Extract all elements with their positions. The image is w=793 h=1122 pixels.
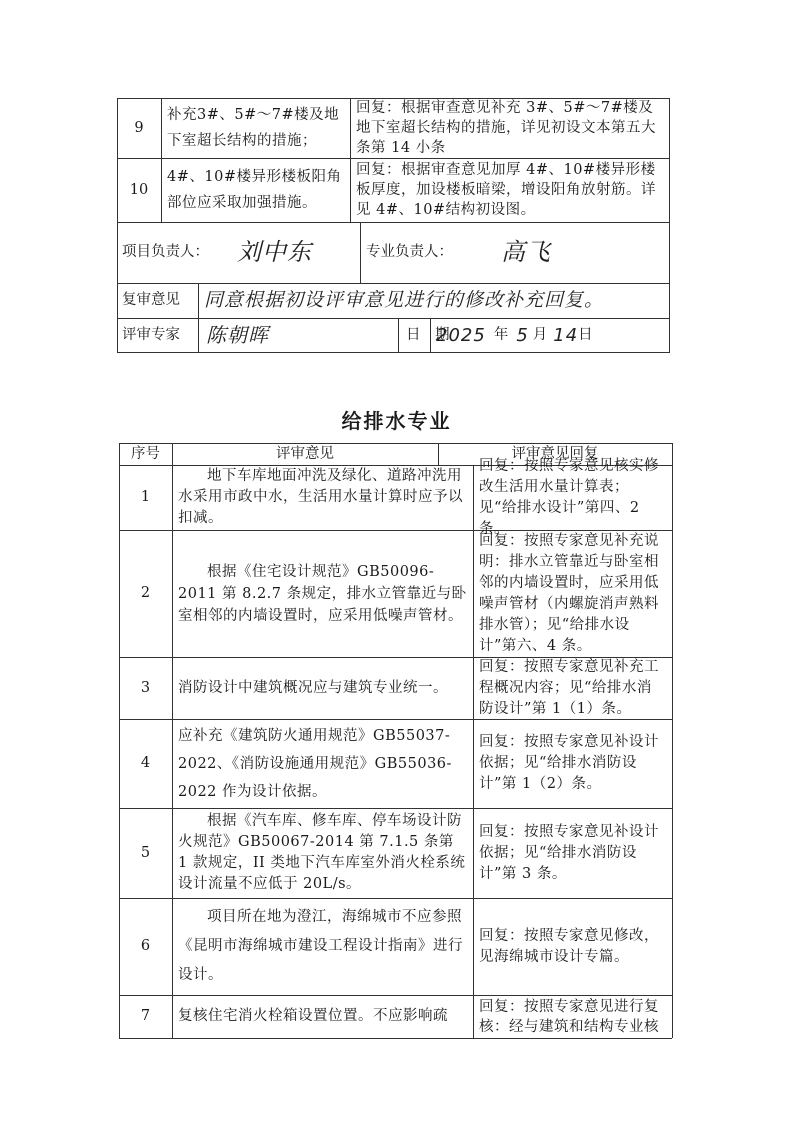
opinion-text: 项目所在地为澄江，海绵城市不应参照《昆明市海绵城市建设工程设计指南》进行设计。 [178,903,467,990]
expert-signature: 陈朝晖 [206,318,396,352]
date-label-text: 日 期 [406,318,466,352]
row-number: 2 [119,530,172,657]
review-opinion: 4#、10#楼异形楼板阳角部位应采取加强措施。 [161,158,350,222]
review-opinion: 复核住宅消火栓箱设置位置。不应影响疏 [172,995,473,1038]
discipline-lead-signature: 高飞 [501,242,551,263]
review-reply: 回复：按照专家意见修改，见海绵城市设计专篇。 [473,898,672,995]
section-title: 给排水专业 [0,404,793,434]
opinion-text: 根据《汽车库、修车库、停车场设计防火规范》GB50067-2014 第 7.1.… [178,811,467,895]
review-opinion: 补充3#、5#～7#楼及地下室超长结构的措施； [161,98,350,158]
review-opinion: 地下车库地面冲洗及绿化、道路冲洗用水采用市政中水，生活用水量计算时应予以扣减。 [172,465,473,530]
row-number: 3 [119,657,172,719]
review-reply: 回复：按照专家意见核实修改生活用水量计算表；见“给排水设计”第四、2 条。 [473,465,672,530]
row-number: 7 [119,995,172,1038]
re-review-label: 复审意见 [122,283,198,318]
header-opinion: 评审意见 [172,443,438,465]
review-reply: 回复：按照专家意见补设计依据；见“给排水消防设计”第 3 条。 [473,808,672,898]
review-opinion: 项目所在地为澄江，海绵城市不应参照《昆明市海绵城市建设工程设计指南》进行设计。 [172,898,473,995]
date-month: 5 [516,325,528,346]
row-number: 5 [119,808,172,898]
discipline-lead-field: 专业负责人： 高飞 [366,222,666,283]
opinion-text: 根据《住宅设计规范》GB50096-2011 第 8.2.7 条规定，排水立管靠… [178,561,467,627]
review-reply: 回复：按照专家意见补设计依据；见“给排水消防设计”第 1（2）条。 [473,719,672,808]
review-opinion: 应补充《建筑防火通用规范》GB55037-2022、《消防设施通用规范》GB55… [172,719,473,808]
discipline-lead-label: 专业负责人： [366,242,453,263]
review-reply: 回复：根据审查意见补充 3#、5#～7#楼及地下室超长结构的措施，详见初设文本第… [350,98,669,158]
date-day: 14 [553,325,578,346]
expert-label: 评审专家 [122,318,198,352]
review-reply: 回复：按照专家意见补充工程概况内容；见“给排水消防设计”第 1（1）条。 [473,657,672,719]
date-year-unit: 年 [494,325,509,346]
opinion-text: 地下车库地面冲洗及绿化、道路冲洗用水采用市政中水，生活用水量计算时应予以扣减。 [178,466,467,529]
project-lead-field: 项目负责人： 刘中东 [122,222,360,283]
review-reply: 回复：按照专家意见补充说明：排水立管靠近与卧室相邻的内墙设置时，应采用低噪声管材… [473,530,672,657]
project-lead-label: 项目负责人： [122,242,209,263]
review-opinion: 根据《住宅设计规范》GB50096-2011 第 8.2.7 条规定，排水立管靠… [172,530,473,657]
re-review-text: 同意根据初设评审意见进行的修改补充回复。 [204,283,666,318]
row-number: 6 [119,898,172,995]
project-lead-signature: 刘中东 [237,242,312,263]
date-day-unit: 日 [578,325,593,346]
date-month-unit: 月 [533,325,548,346]
header-number: 序号 [119,443,172,465]
date-value: 2025 年 5 月 14 日 [436,318,666,352]
review-opinion: 根据《汽车库、修车库、停车场设计防火规范》GB50067-2014 第 7.1.… [172,808,473,898]
review-opinion: 消防设计中建筑概况应与建筑专业统一。 [172,657,473,719]
row-number: 4 [119,719,172,808]
review-reply: 回复：根据审查意见加厚 4#、10#楼异形楼板厚度，加设楼板暗梁，增设阳角放射筋… [350,158,669,222]
row-number: 10 [117,158,161,222]
row-number: 1 [119,465,172,530]
row-number: 9 [117,98,161,158]
review-reply: 回复：按照专家意见进行复核：经与建筑和结构专业核 [473,995,672,1038]
